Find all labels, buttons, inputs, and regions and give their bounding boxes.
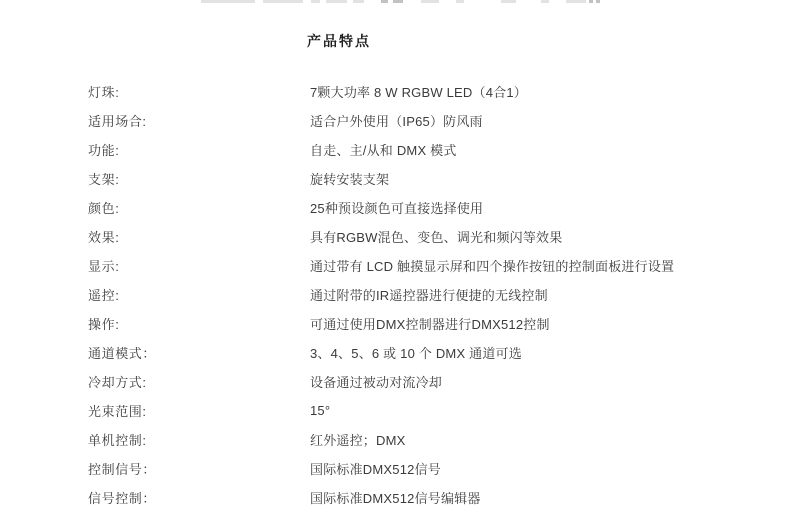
feature-value: 国际标准DMX512信号 [310,459,790,478]
feature-value: 25种预设颜色可直接选择使用 [310,198,790,217]
feature-row: 遥控: 通过附带的IR遥控器进行便捷的无线控制 [0,280,790,309]
feature-list: 灯珠: 7颗大功率 8 W RGBW LED（4合1） 适用场合: 适合户外使用… [0,77,790,512]
feature-label: 适用场合: [88,111,310,130]
page-title: 产品特点 [307,33,371,50]
feature-row: 信号控制： 国际标准DMX512信号编辑器 [0,483,790,512]
feature-value: 自走、主/从和 DMX 模式 [310,140,790,159]
feature-label: 功能: [88,140,310,159]
feature-row: 操作: 可通过使用DMX控制器进行DMX512控制 [0,309,790,338]
feature-value: 3、4、5、6 或 10 个 DMX 通道可选 [310,343,790,362]
feature-label: 光束范围: [88,401,310,420]
feature-value: 7颗大功率 8 W RGBW LED（4合1） [310,82,790,101]
feature-value: 适合户外使用（IP65）防风雨 [310,111,790,130]
feature-value: 旋转安装支架 [310,169,790,188]
feature-label: 显示: [88,256,310,275]
product-spec-page: 产品特点 灯珠: 7颗大功率 8 W RGBW LED（4合1） 适用场合: 适… [0,0,790,518]
feature-value: 通过带有 LCD 触摸显示屏和四个操作按钮的控制面板进行设置 [310,256,790,275]
feature-row: 冷却方式: 设备通过被动对流冷却 [0,367,790,396]
feature-value: 具有RGBW混色、变色、调光和频闪等效果 [310,227,790,246]
truncated-text-fragment [0,0,790,5]
feature-label: 控制信号： [88,459,310,478]
feature-row: 显示: 通过带有 LCD 触摸显示屏和四个操作按钮的控制面板进行设置 [0,251,790,280]
feature-row: 效果: 具有RGBW混色、变色、调光和频闪等效果 [0,222,790,251]
feature-label: 信号控制： [88,488,310,507]
feature-label: 通道模式： [88,343,310,362]
feature-row: 功能: 自走、主/从和 DMX 模式 [0,135,790,164]
feature-value: 15° [310,403,790,418]
feature-label: 冷却方式: [88,372,310,391]
feature-label: 遥控: [88,285,310,304]
feature-label: 操作: [88,314,310,333]
feature-value: 通过附带的IR遥控器进行便捷的无线控制 [310,285,790,304]
feature-value: 红外遥控；DMX [310,430,790,449]
feature-row: 光束范围: 15° [0,396,790,425]
feature-value: 可通过使用DMX控制器进行DMX512控制 [310,314,790,333]
feature-row: 颜色: 25种预设颜色可直接选择使用 [0,193,790,222]
feature-value: 设备通过被动对流冷却 [310,372,790,391]
feature-value: 国际标准DMX512信号编辑器 [310,488,790,507]
feature-row: 支架: 旋转安装支架 [0,164,790,193]
feature-row: 通道模式： 3、4、5、6 或 10 个 DMX 通道可选 [0,338,790,367]
feature-label: 灯珠: [88,82,310,101]
feature-row: 单机控制: 红外遥控；DMX [0,425,790,454]
feature-label: 颜色: [88,198,310,217]
feature-row: 适用场合: 适合户外使用（IP65）防风雨 [0,106,790,135]
feature-row: 控制信号： 国际标准DMX512信号 [0,454,790,483]
feature-label: 支架: [88,169,310,188]
feature-label: 效果: [88,227,310,246]
feature-label: 单机控制: [88,430,310,449]
feature-row: 灯珠: 7颗大功率 8 W RGBW LED（4合1） [0,77,790,106]
